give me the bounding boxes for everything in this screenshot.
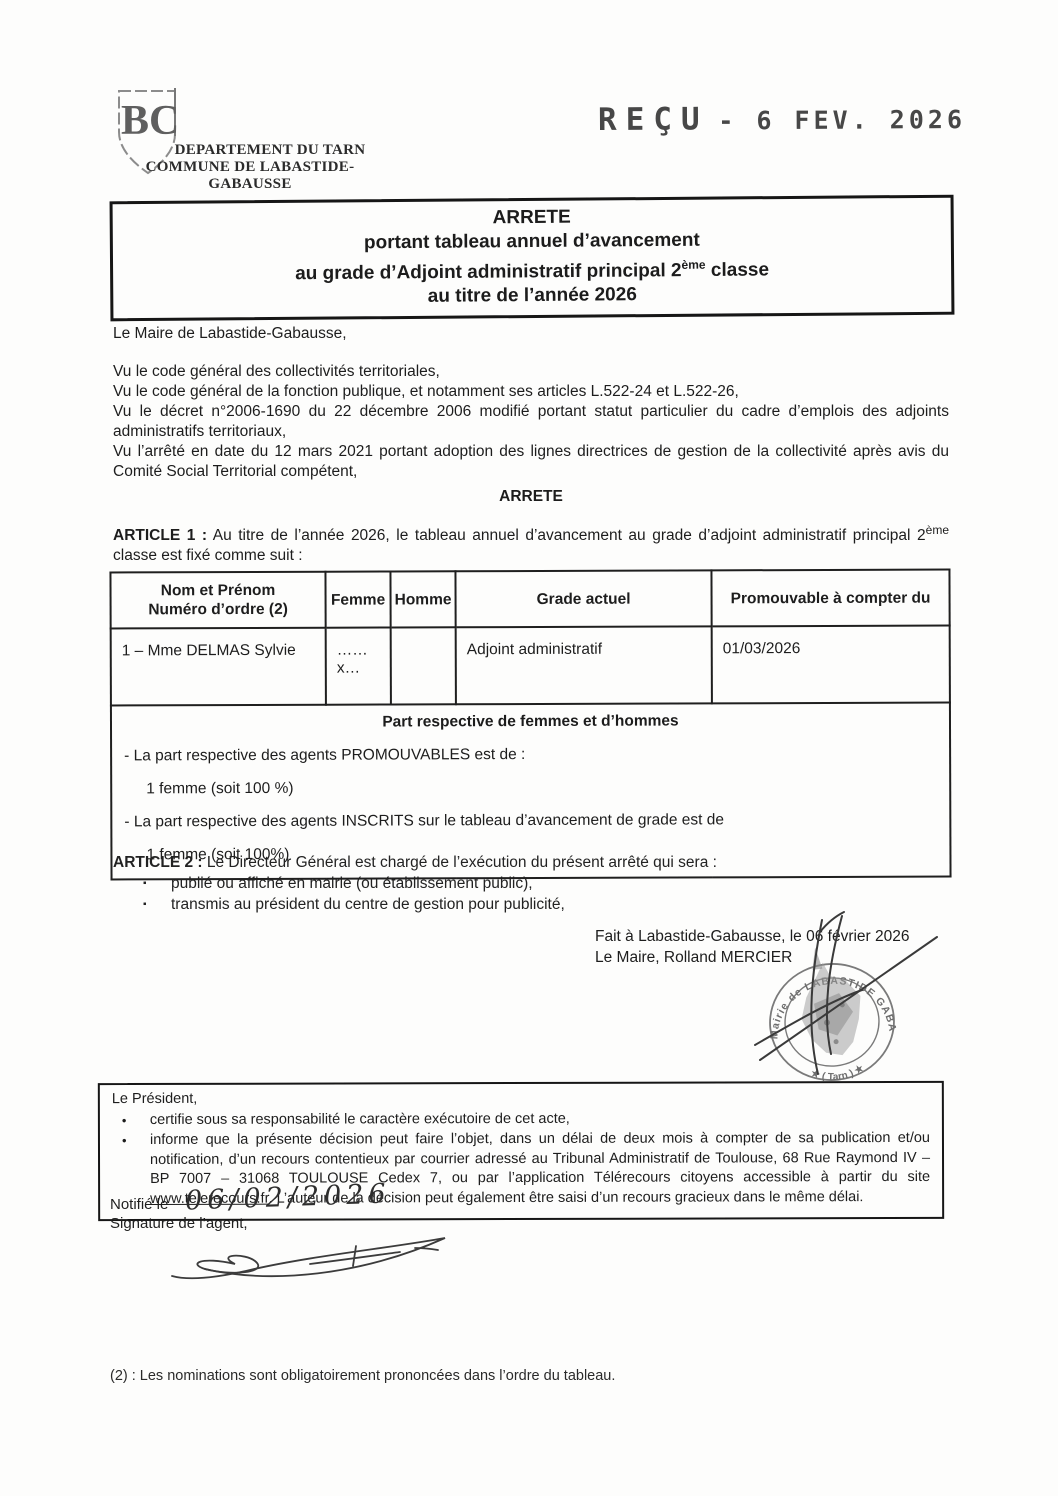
- commune-name: COMMUNE DE LABASTIDE-GABAUSSE: [110, 159, 390, 193]
- recital-line: Vu l’arrêté en date du 12 mars 2021 port…: [113, 442, 949, 482]
- scanned-decree-document: BC DEPARTEMENT DU TARN COMMUNE DE LABAST…: [0, 0, 1058, 1496]
- decree-title-box: ARRETE portant tableau annuel d’avanceme…: [110, 195, 955, 322]
- col-header-promouvable: Promouvable à compter du: [711, 570, 949, 627]
- article1-paragraph: ARTICLE 1 : Au titre de l’année 2026, le…: [113, 520, 949, 566]
- part-line: 1 femme (soit 100 %): [146, 778, 937, 799]
- part-line: - La part respective des agents INSCRITS…: [124, 811, 937, 832]
- seal-rings: Mairie de LABASTIDE GABAUSSE ★ ( Tarn ) …: [732, 902, 903, 1094]
- issuing-authority: DEPARTEMENT DU TARN COMMUNE DE LABASTIDE…: [110, 142, 390, 193]
- square-bullet-icon: ▪: [143, 895, 157, 915]
- article2-bullet-item: ▪ publié ou affiché en mairie (ou établi…: [113, 874, 949, 894]
- table-row: 1 – Mme DELMAS Sylvie ……x… Adjoint admin…: [111, 626, 950, 706]
- seal-crest-blob: [794, 943, 866, 1059]
- department-name: DEPARTEMENT DU TARN: [110, 142, 390, 159]
- crest-initials: BC: [121, 98, 179, 144]
- advancement-table: Nom et Prénom Numéro d’ordre (2) Femme H…: [109, 569, 951, 881]
- cell-promouvable: 01/03/2026: [712, 626, 950, 704]
- received-stamp: REÇU - 6 FEV. 2026: [598, 100, 966, 138]
- article2-label: ARTICLE 2 :: [113, 854, 203, 871]
- cell-femme: ……x…: [326, 627, 391, 704]
- col-header-grade: Grade actuel: [455, 570, 711, 627]
- cell-grade: Adjoint administratif: [456, 626, 712, 704]
- table-header-row: Nom et Prénom Numéro d’ordre (2) Femme H…: [110, 570, 949, 629]
- recital-line: Vu le code général des collectivités ter…: [113, 362, 949, 382]
- col-header-homme: Homme: [390, 571, 455, 627]
- col-header-nom: Nom et Prénom Numéro d’ordre (2): [110, 572, 325, 629]
- cell-nom: 1 – Mme DELMAS Sylvie: [111, 628, 326, 706]
- cell-homme: [391, 627, 456, 704]
- square-bullet-icon: ▪: [143, 874, 157, 894]
- round-bullet-icon: •: [122, 1111, 134, 1131]
- president-bullet-item: • certifie sous sa responsabilité le car…: [112, 1108, 930, 1130]
- recital-line: Vu le code général de la fonction publiq…: [113, 382, 949, 402]
- received-stamp-word: REÇU: [598, 101, 709, 138]
- recitals: Vu le code général des collectivités ter…: [113, 362, 949, 482]
- received-stamp-date: - 6 FEV. 2026: [718, 105, 966, 135]
- arrete-heading: ARRETE: [113, 488, 949, 506]
- mayor-seal: Mairie de LABASTIDE GABAUSSE ★ ( Tarn ) …: [732, 902, 964, 1104]
- part-respective-title: Part respective de femmes et d’hommes: [124, 712, 937, 733]
- salutation: Le Maire de Labastide-Gabausse,: [113, 324, 949, 344]
- col-header-femme: Femme: [325, 571, 390, 627]
- recital-line: Vu le décret n°2006-1690 du 22 décembre …: [113, 402, 949, 442]
- part-line: - La part respective des agents PROMOUVA…: [124, 745, 937, 766]
- agent-signature: [160, 1226, 460, 1288]
- article1-label: ARTICLE 1 :: [113, 527, 207, 544]
- footnote: (2) : Les nominations sont obligatoireme…: [110, 1368, 615, 1384]
